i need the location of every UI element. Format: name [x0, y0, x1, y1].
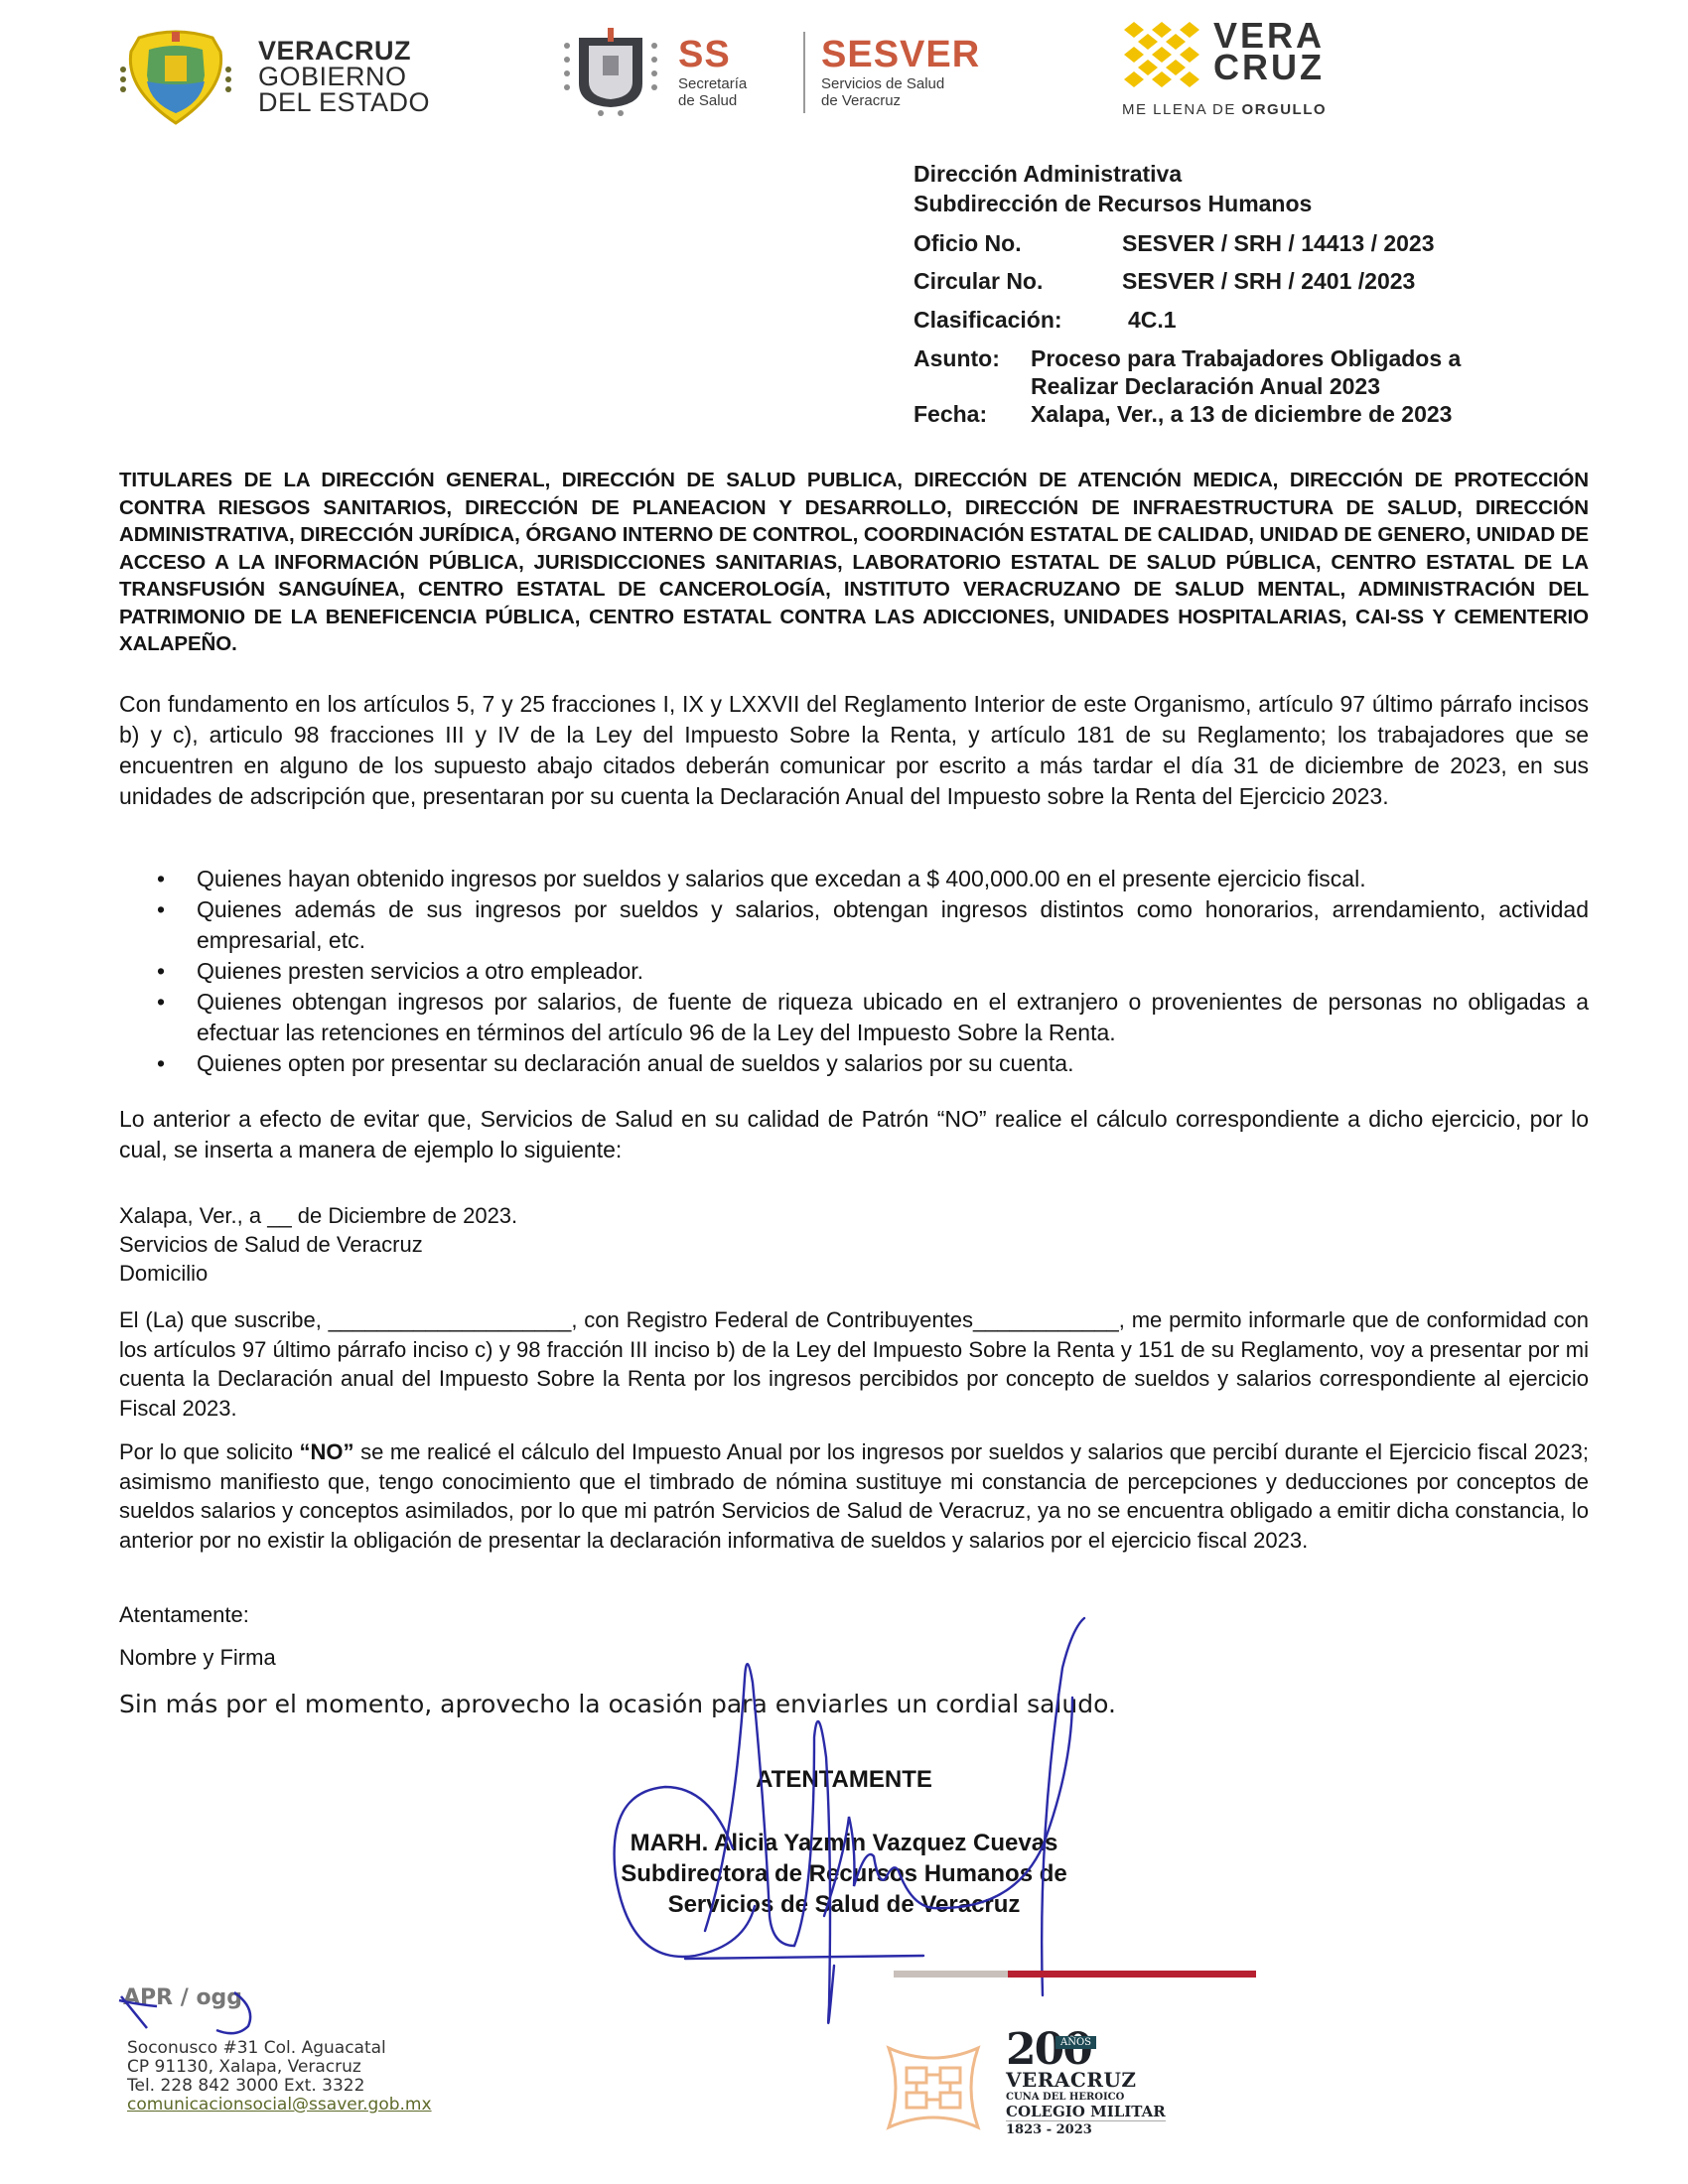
sample-domicilio: Domicilio [119, 1259, 517, 1288]
veracruz-tagline: ME LLENA DE ORGULLO [1122, 101, 1327, 118]
clasificacion-label: Clasificación: [914, 307, 1062, 334]
bicentenario-line2: COLEGIO MILITAR [1006, 2103, 1166, 2121]
sample-letter-header: Xalapa, Ver., a __ de Diciembre de 2023.… [119, 1201, 517, 1288]
veracruz-gobierno-logo: VERACRUZ GOBIERNO DEL ESTADO [117, 30, 594, 129]
logo-divider [803, 32, 805, 113]
sample-atentamente: Atentamente: [119, 1602, 249, 1628]
initials-scribble-icon [117, 1990, 276, 2040]
ss-sub1: Secretaría [678, 75, 747, 92]
oficio-label: Oficio No. [914, 230, 1022, 257]
address-line2: CP 91130, Xalapa, Veracruz [127, 2058, 432, 2077]
footer-address: Soconusco #31 Col. Aguacatal CP 91130, X… [127, 2039, 432, 2115]
circular-number: SESVER / SRH / 2401 /2023 [1122, 268, 1415, 295]
secretaria-salud-shield-icon [561, 28, 660, 117]
bicentenario-years: 1823 - 2023 [1006, 2122, 1092, 2137]
list-item: Quienes presten servicios a otro emplead… [119, 956, 1589, 987]
purpose-paragraph: Lo anterior a efecto de evitar que, Serv… [119, 1104, 1589, 1165]
footer-color-bar [894, 1971, 1256, 1978]
bicentenario-logo: 200 AÑOS VERACRUZ CUNA DEL HEROICO COLEG… [879, 2030, 1296, 2144]
footer-bar-red [1008, 1971, 1256, 1978]
gobierno-line1: VERACRUZ [258, 38, 430, 64]
circular-label: Circular No. [914, 268, 1043, 295]
bicentenario-state: VERACRUZ [1006, 2068, 1136, 2092]
subdireccion-label: Subdirección de Recursos Humanos [914, 191, 1312, 217]
ss-abbreviation: SS [678, 34, 731, 76]
asunto-line2: Realizar Declaración Anual 2023 [1031, 373, 1380, 400]
signatory-org: Servicios de Salud de Veracruz [556, 1889, 1132, 1920]
veracruz-wordmark: VERA CRUZ [1213, 20, 1325, 83]
obligated-workers-list: Quienes hayan obtenido ingresos por suel… [119, 864, 1589, 1079]
list-item: Quienes opten por presentar su declaraci… [119, 1048, 1589, 1079]
oficio-number: SESVER / SRH / 14413 / 2023 [1122, 230, 1435, 257]
sample-paragraph-1: El (La) que suscribe, __________________… [119, 1305, 1589, 1423]
asunto-line1: Proceso para Trabajadores Obligados a [1031, 345, 1461, 372]
vera-word2: CRUZ [1213, 52, 1325, 83]
veracruz-brand-logo: VERA CRUZ ME LLENA DE ORGULLO [1122, 22, 1380, 121]
sample-p2-no: “NO” [300, 1439, 354, 1464]
gobierno-line2: GOBIERNO [258, 64, 430, 89]
contact-email-link[interactable]: comunicacionsocial@ssaver.gob.mx [127, 2095, 432, 2115]
list-item: Quienes obtengan ingresos por salarios, … [119, 987, 1589, 1048]
signatory-name: MARH. Alicia Yazmin Vazquez Cuevas [556, 1828, 1132, 1858]
ss-sub2: de Salud [678, 92, 747, 109]
fortress-emblem-icon [879, 2038, 988, 2137]
veracruz-coat-of-arms-icon [117, 30, 234, 127]
closing-line: Sin más por el momento, aprovecho la oca… [119, 1690, 1116, 1718]
sample-recipient: Servicios de Salud de Veracruz [119, 1230, 517, 1259]
sesver-sub2: de Veracruz [821, 92, 944, 109]
list-item: Quienes además de sus ingresos por sueld… [119, 894, 1589, 956]
address-phone: Tel. 228 842 3000 Ext. 3322 [127, 2077, 432, 2096]
sesver-subtitle: Servicios de Salud de Veracruz [821, 75, 944, 109]
bicentenario-line1: CUNA DEL HEROICO [1006, 2092, 1124, 2103]
direccion-label: Dirección Administrativa [914, 161, 1182, 188]
sample-paragraph-2: Por lo que solicito “NO” se me realicé e… [119, 1437, 1589, 1555]
tagline-regular: ME LLENA DE [1122, 101, 1242, 118]
sesver-sub1: Servicios de Salud [821, 75, 944, 92]
fecha-label: Fecha: [914, 401, 987, 428]
address-line1: Soconusco #31 Col. Aguacatal [127, 2039, 432, 2058]
secretaria-salud-label: Secretaría de Salud [678, 75, 747, 109]
signatory-block: ATENTAMENTE MARH. Alicia Yazmin Vazquez … [556, 1764, 1132, 1920]
tagline-bold: ORGULLO [1242, 101, 1328, 118]
gobierno-line3: DEL ESTADO [258, 89, 430, 115]
veracruz-pattern-icon [1122, 22, 1201, 87]
signatory-title: Subdirectora de Recursos Humanos de [556, 1858, 1132, 1889]
sample-p2-pre: Por lo que solicito [119, 1439, 300, 1464]
legal-basis-paragraph: Con fundamento en los artículos 5, 7 y 2… [119, 689, 1589, 812]
asunto-label: Asunto: [914, 345, 1000, 372]
sesver-wordmark: SESVER [821, 34, 980, 76]
footer-bar-grey [894, 1971, 1008, 1978]
sample-nombre-firma: Nombre y Firma [119, 1645, 276, 1671]
clasificacion-value: 4C.1 [1128, 307, 1177, 334]
signatory-atentamente: ATENTAMENTE [556, 1764, 1132, 1795]
list-item: Quienes hayan obtenido ingresos por suel… [119, 864, 1589, 894]
sample-date-line: Xalapa, Ver., a __ de Diciembre de 2023. [119, 1201, 517, 1230]
gobierno-wordmark: VERACRUZ GOBIERNO DEL ESTADO [258, 38, 430, 115]
addressees: TITULARES DE LA DIRECCIÓN GENERAL, DIREC… [119, 467, 1589, 658]
fecha-value: Xalapa, Ver., a 13 de diciembre de 2023 [1031, 401, 1452, 428]
bicentenario-anos: AÑOS [1055, 2036, 1096, 2049]
ss-sesver-logo: SS Secretaría de Salud SESVER Servicios … [561, 28, 1018, 117]
